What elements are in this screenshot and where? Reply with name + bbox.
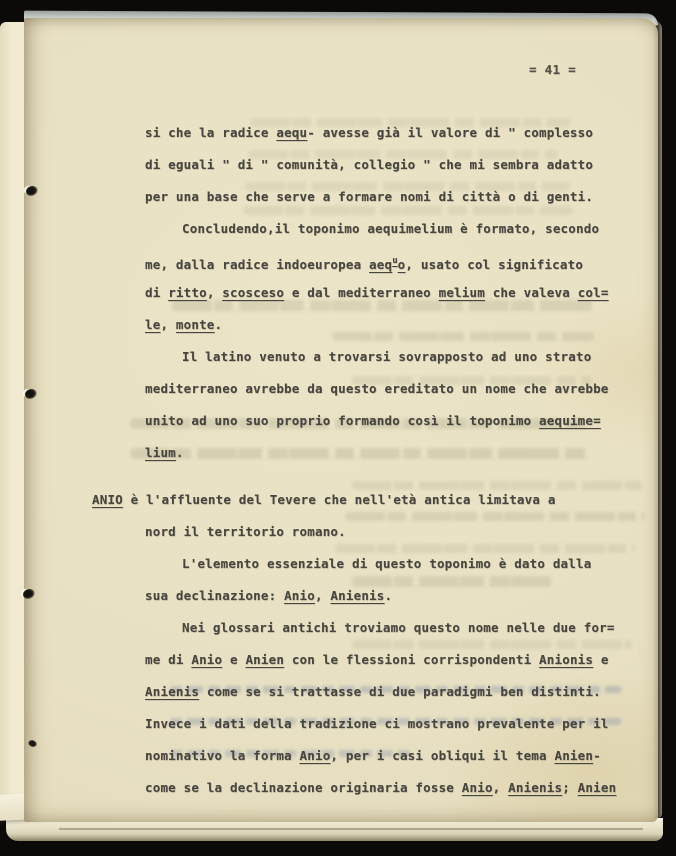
text-line: si che la radice aequ- avesse già il val… [145,118,627,150]
text-segment: Invece i dati della tradizione ci mostra… [145,716,609,731]
text-segment: . [215,317,223,332]
underlined-term: Anien [245,652,284,667]
text-segment: - avesse già il valore di " complesso [307,125,593,140]
page-right-edge [653,20,662,818]
text-segment: me, dalla radice indoeuropea [145,257,369,272]
text-line: mediterraneo avrebbe da questo ereditato… [145,374,627,406]
text-segment: , [207,285,222,300]
underlined-term: Anienis [330,588,384,603]
text-line: nominativo la forma Anio, per i casi obl… [145,741,627,773]
text-line: me, dalla radice indoeuropea aequo, usat… [145,246,627,278]
text-segment: L'elemento essenziale di questo toponimo… [182,556,591,571]
scanned-page-photo: = 41 = si che la radice aequ- avesse già… [0,0,676,856]
text-segment: sua declinazione: [145,588,284,603]
underlined-term: aequ [276,125,307,140]
text-segment: e dal mediterraneo [284,285,439,300]
text-segment: mediterraneo avrebbe da questo ereditato… [145,381,609,396]
text-line: lium. [145,438,627,470]
text-segment: unito ad uno suo proprio formando così i… [145,413,539,428]
text-segment: , [315,588,330,603]
text-segment: ; [562,780,577,795]
text-segment: Nei glossari antichi troviamo questo nom… [182,620,615,635]
underlined-term: Anien [554,748,593,763]
text-segment: . [176,445,184,460]
text-segment: , usato col significato [405,257,583,272]
text-line: di eguali " di " comunità, collegio " ch… [145,150,627,182]
text-segment: e [222,652,245,667]
underlined-term: monte [176,317,215,332]
text-segment: - [593,748,601,763]
text-line: nord il territorio romano. [145,517,627,549]
underlined-term: le [145,317,160,332]
underlined-term: Anio [300,748,331,763]
underlined-term: Anien [578,780,617,795]
text-segment: e [593,652,608,667]
underlined-term: ritto [168,285,207,300]
text-segment: si che la radice [145,125,276,140]
underlined-term: Anionis [539,652,593,667]
underlined-term: Anienis [508,780,562,795]
text-line: Nei glossari antichi troviamo questo nom… [145,613,627,645]
typewritten-text-block: si che la radice aequ- avesse già il val… [145,118,627,805]
text-line: ANIO è l'affluente del Tevere che nell'e… [92,485,627,517]
text-segment: nord il territorio romano. [145,524,346,539]
underlined-term: melium [439,285,485,300]
text-segment: nominativo la forma [145,748,300,763]
underlined-term: ANIO [92,492,123,507]
text-segment: è l'affluente del Tevere che nell'età an… [123,492,556,507]
text-line: me di Anio e Anien con le flessioni corr… [145,645,627,677]
text-segment: , [160,317,175,332]
text-segment: come se si trattasse di due paradigmi be… [199,684,601,699]
text-segment: . [385,588,393,603]
page-number: = 41 = [529,62,576,77]
text-segment: , [493,780,508,795]
text-line: per una base che serve a formare nomi di… [145,182,627,214]
text-segment: , per i casi obliqui il tema [330,748,554,763]
underlined-term: lium [145,445,176,460]
text-segment: per una base che serve a formare nomi di… [145,189,593,204]
text-line: unito ad uno suo proprio formando così i… [145,406,627,438]
text-segment: con le flessioni corrispondenti [284,652,539,667]
underlined-term: scosceso [222,285,284,300]
underlined-term: Anio [462,780,493,795]
underlined-term: Anienis [145,684,199,699]
underlined-term: aequime= [539,413,601,428]
text-segment: che valeva [485,285,578,300]
text-line: di ritto, scosceso e dal mediterraneo me… [145,278,627,310]
text-line: come se la declinazione originaria fosse… [145,773,627,805]
text-segment: come se la declinazione originaria fosse [145,780,462,795]
text-line: Anienis come se si trattasse di due para… [145,677,627,709]
text-segment: Concludendo,il toponimo aequimelium è fo… [182,221,599,236]
text-line: L'elemento essenziale di questo toponimo… [145,549,627,581]
text-line: sua declinazione: Anio, Anienis. [145,581,627,613]
text-line: le, monte. [145,310,627,342]
underlined-term: Anio [191,652,222,667]
text-segment: me di [145,652,191,667]
underlined-term: aeq [369,257,392,272]
text-line: Il latino venuto a trovarsi sovrapposto … [145,342,627,374]
text-segment: di eguali " di " comunità, collegio " ch… [145,157,593,172]
text-line: Concludendo,il toponimo aequimelium è fo… [145,214,627,246]
text-segment: Il latino venuto a trovarsi sovrapposto … [182,349,591,364]
text-line: Invece i dati della tradizione ci mostra… [145,709,627,741]
underlined-term: Anio [284,588,315,603]
underlined-term: col= [578,285,609,300]
text-segment: di [145,285,168,300]
